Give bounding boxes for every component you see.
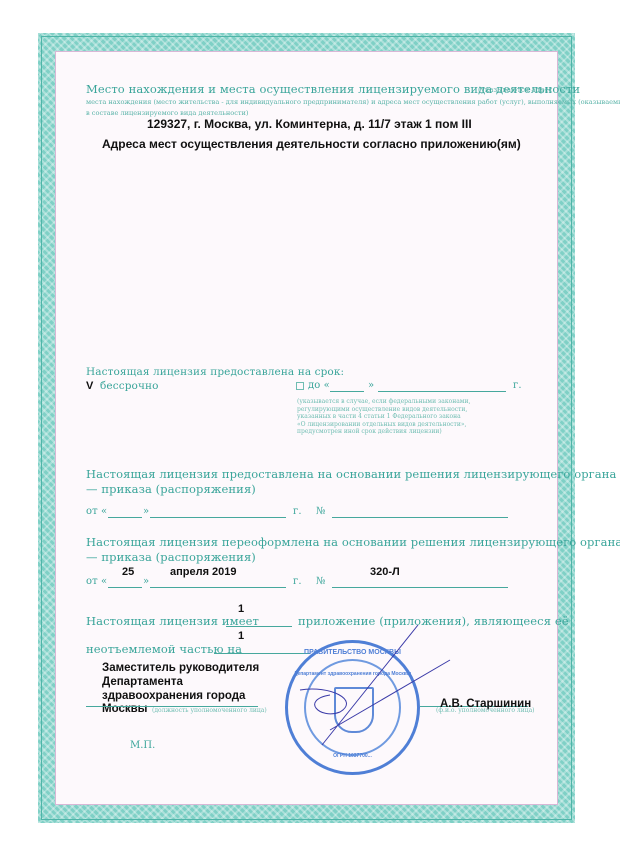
signer-position-line-1: Заместитель руководителя [102, 662, 259, 674]
name-caption: (ф.и.о. уполномоченного лица) [436, 707, 535, 714]
position-caption: (должность уполномоченного лица) [152, 707, 267, 714]
signer-position-line-3: здравоохранения города [102, 690, 245, 702]
signer-position-line-2: Департамента [102, 676, 183, 688]
seal-place-label: М.П. [130, 740, 155, 751]
signer-position-line-4: Москвы [102, 703, 148, 715]
signature-strokes [0, 0, 620, 860]
